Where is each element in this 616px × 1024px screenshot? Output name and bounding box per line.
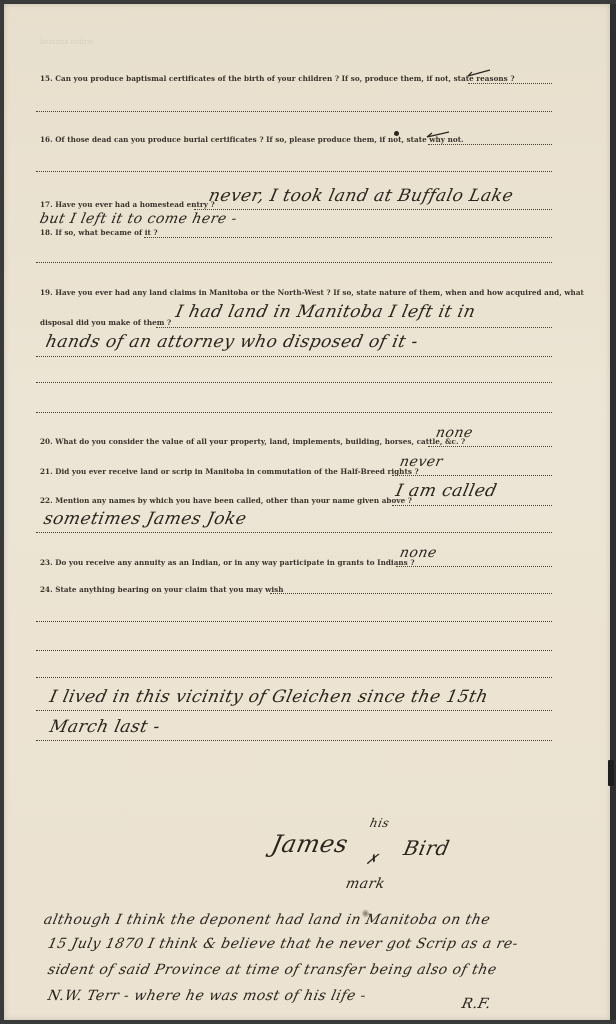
handwritten-answer: none bbox=[434, 425, 474, 441]
handwritten-answer: never, I took land at Buffalo Lake bbox=[207, 186, 515, 206]
question-number: 21. bbox=[40, 467, 53, 476]
bleed-through-text: bemuna noitrw bbox=[40, 38, 94, 46]
checkmark-icon bbox=[425, 130, 451, 138]
note-line-1: although I think the deponent had land i… bbox=[42, 912, 491, 928]
question-17: 17. Have you ever had a homestead entry … bbox=[40, 200, 215, 209]
question-number: 16. bbox=[40, 135, 53, 144]
question-text: Do you receive any annuity as an Indian,… bbox=[55, 558, 414, 567]
signature-his: his bbox=[369, 816, 391, 830]
answer-line bbox=[194, 209, 552, 210]
question-number: 24. bbox=[40, 585, 53, 594]
handwritten-answer-continued: but I left it to come here - bbox=[38, 211, 238, 227]
ink-dot bbox=[394, 131, 399, 136]
question-number: 20. bbox=[40, 437, 53, 446]
note-line-3: sident of said Province at time of trans… bbox=[46, 962, 498, 978]
answer-line bbox=[392, 505, 552, 506]
handwritten-answer-continued: sometimes James Joke bbox=[42, 509, 249, 529]
question-text: What do you consider the value of all yo… bbox=[55, 437, 465, 446]
question-19: 19. Have you ever had any land claims in… bbox=[40, 288, 584, 297]
question-19-continued: disposal did you make of them ? bbox=[40, 318, 171, 327]
answer-line bbox=[36, 532, 552, 533]
handwritten-answer: never bbox=[398, 454, 444, 470]
question-18: 18. If so, what became of it ? bbox=[40, 228, 158, 237]
question-number: 23. bbox=[40, 558, 53, 567]
answer-line bbox=[270, 593, 552, 594]
answer-line bbox=[36, 382, 552, 383]
question-16: 16. Of those dead can you produce burial… bbox=[40, 135, 464, 144]
note-initials: R.F. bbox=[460, 996, 492, 1012]
question-text: If so, what became of it ? bbox=[55, 228, 157, 237]
handwritten-answer: none bbox=[398, 545, 438, 561]
binding-tab bbox=[608, 760, 614, 786]
signature-mark-label: mark bbox=[344, 876, 386, 892]
statement-line-1: I lived in this vicinity of Gleichen sin… bbox=[48, 687, 490, 707]
answer-line bbox=[36, 262, 552, 263]
question-number: 15. bbox=[40, 74, 53, 83]
signature-last-name: Bird bbox=[401, 836, 452, 860]
question-number: 22. bbox=[40, 496, 53, 505]
answer-line bbox=[36, 171, 552, 172]
question-text: Did you ever receive land or scrip in Ma… bbox=[55, 467, 419, 476]
answer-line bbox=[36, 621, 552, 622]
checkmark-icon bbox=[466, 69, 492, 77]
signature-x-mark: ✗ bbox=[364, 852, 380, 868]
question-text: Have you ever had any land claims in Man… bbox=[55, 288, 584, 297]
answer-line bbox=[144, 237, 552, 238]
answer-line bbox=[428, 144, 552, 145]
question-text: Have you ever had a homestead entry ? bbox=[55, 200, 215, 209]
question-text: Can you produce baptismal certificates o… bbox=[55, 74, 514, 83]
answer-line bbox=[36, 111, 552, 112]
answer-line bbox=[36, 740, 552, 741]
question-number: 19. bbox=[40, 288, 53, 297]
answer-line bbox=[468, 83, 552, 84]
scan-edge bbox=[610, 4, 616, 1020]
answer-line bbox=[36, 356, 552, 357]
question-number: 18. bbox=[40, 228, 53, 237]
question-24: 24. State anything bearing on your claim… bbox=[40, 585, 284, 594]
handwritten-answer: I had land in Manitoba I left it in bbox=[174, 302, 477, 322]
question-21: 21. Did you ever receive land or scrip i… bbox=[40, 467, 419, 476]
answer-line bbox=[36, 677, 552, 678]
note-line-2: 15 July 1870 I think & believe that he n… bbox=[46, 936, 519, 952]
question-text: Mention any names by which you have been… bbox=[55, 496, 412, 505]
question-text: State anything bearing on your claim tha… bbox=[55, 585, 283, 594]
answer-line bbox=[36, 650, 552, 651]
answer-line bbox=[396, 566, 552, 567]
signature-first-name: James bbox=[269, 830, 351, 858]
handwritten-answer: I am called bbox=[394, 481, 499, 501]
question-20: 20. What do you consider the value of al… bbox=[40, 437, 465, 446]
question-text: Of those dead can you produce burial cer… bbox=[55, 135, 463, 144]
answer-line bbox=[156, 327, 552, 328]
handwritten-answer-continued: hands of an attorney who disposed of it … bbox=[44, 332, 420, 352]
question-23: 23. Do you receive any annuity as an Ind… bbox=[40, 558, 415, 567]
answer-line bbox=[428, 446, 552, 447]
answer-line bbox=[36, 412, 552, 413]
statement-line-2: March last - bbox=[48, 717, 162, 737]
note-line-4: N.W. Terr - where he was most of his lif… bbox=[46, 988, 367, 1004]
question-15: 15. Can you produce baptismal certificat… bbox=[40, 74, 515, 83]
answer-line bbox=[392, 475, 552, 476]
document-page: bemuna noitrw 15. Can you produce baptis… bbox=[4, 4, 610, 1020]
answer-line bbox=[36, 710, 552, 711]
question-22: 22. Mention any names by which you have … bbox=[40, 496, 412, 505]
question-number: 17. bbox=[40, 200, 53, 209]
